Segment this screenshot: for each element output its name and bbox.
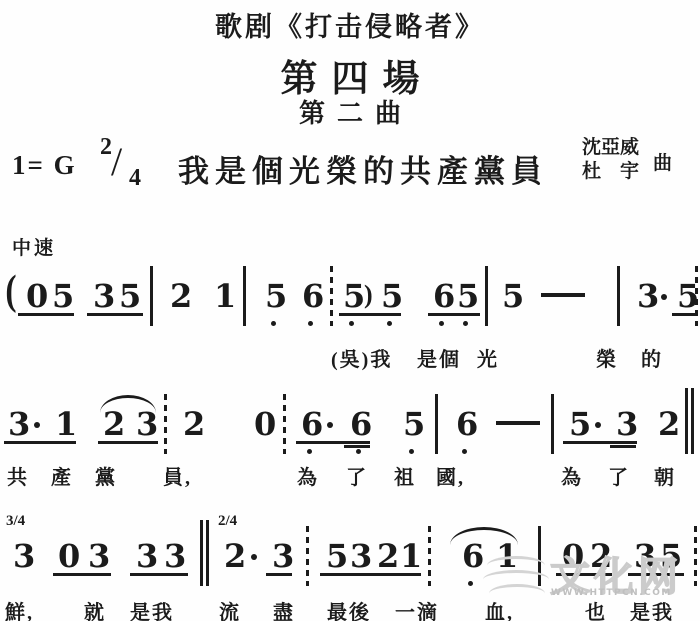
beam-line [672, 313, 696, 316]
lyric-syllable: 流 [219, 596, 241, 621]
note-digit: 5 [457, 280, 479, 312]
note-digit: 5 [343, 280, 365, 312]
note-digit: 2 [170, 280, 192, 312]
intro-paren: ( [5, 270, 16, 312]
note-digit: 5 [502, 280, 524, 312]
note-digit: 1 [400, 540, 422, 572]
score: (053521565)565535(吳)我是個光榮的3123206656532共… [0, 0, 700, 621]
lyric-syllable: 是個 [417, 343, 461, 372]
beam-line [87, 313, 143, 316]
dashed-barline [330, 266, 333, 326]
lyric-syllable: 為 [561, 461, 583, 490]
octave-dot [462, 449, 467, 454]
duration-dot [595, 422, 601, 428]
note-digit: 5 [265, 280, 287, 312]
barline [617, 266, 620, 326]
lyric-syllable: 了 [346, 461, 368, 490]
note-digit: 3 [93, 280, 115, 312]
note-digit: 5 [326, 540, 348, 572]
lyric-syllable: (吳)我 [331, 343, 392, 372]
beam-line [130, 573, 188, 576]
tie-arc [450, 527, 518, 545]
lyric-syllable: 為 [297, 461, 319, 490]
octave-dot [349, 321, 354, 326]
second-beam-line [610, 445, 636, 448]
lyric-syllable: 祖 [394, 461, 416, 490]
note-digit: 3 [164, 540, 186, 572]
beam-line [4, 441, 76, 444]
beam-line [296, 441, 370, 444]
barline [551, 394, 554, 454]
note-digit: 3 [272, 540, 294, 572]
note-digit: 6 [350, 408, 372, 440]
note-digit: 1 [55, 408, 77, 440]
note-digit: 3 [616, 408, 638, 440]
barline [150, 266, 153, 326]
note-digit: 5 [52, 280, 74, 312]
octave-dot [307, 449, 312, 454]
note-digit: 3 [13, 540, 35, 572]
lyric-syllable: 光 [477, 343, 499, 372]
watermark-url: WWW.HTTPCN.COM [551, 588, 672, 598]
note-digit: 2 [377, 540, 399, 572]
dashed-barline [428, 526, 431, 586]
time-signature-inline: 2/4 [218, 514, 237, 529]
watermark-wave-icon [489, 584, 545, 603]
dashed-barline [695, 266, 698, 326]
time-signature-inline: 3/4 [6, 514, 25, 529]
note-digit: 5 [403, 408, 425, 440]
octave-dot [356, 449, 361, 454]
note-digit: 3 [637, 280, 659, 312]
note-digit: 6 [301, 408, 323, 440]
note-digit: 2 [658, 408, 680, 440]
octave-dot [387, 321, 392, 326]
lyric-syllable: 朝 [654, 461, 676, 490]
half-note-dash [496, 421, 540, 425]
octave-dot [468, 581, 473, 586]
lyric-syllable: 的 [641, 343, 663, 372]
lyric-syllable: 黨 [95, 461, 117, 490]
dashed-barline [306, 526, 309, 586]
sheet-music-page: 歌剧《打击侵略者》 第四場 第二曲 1= G 2 / 4 我是個光榮的共產黨員 … [0, 0, 700, 621]
note-digit: 5 [119, 280, 141, 312]
double-barline [685, 388, 694, 454]
barline [485, 266, 488, 326]
note-digit: 6 [433, 280, 455, 312]
note-digit: 5 [569, 408, 591, 440]
octave-dot [271, 321, 276, 326]
dashed-barline [164, 394, 167, 454]
second-beam-line [344, 445, 370, 448]
note-digit: 6 [302, 280, 324, 312]
barline [243, 266, 246, 326]
octave-dot [463, 321, 468, 326]
octave-dot [308, 321, 313, 326]
half-note-dash [541, 293, 585, 297]
note-digit: 0 [58, 540, 80, 572]
lyric-syllable: 鮮, [5, 596, 34, 621]
beam-line [371, 573, 421, 576]
duration-dot [251, 554, 257, 560]
lyric-syllable: 榮 [596, 343, 618, 372]
beam-line [320, 573, 372, 576]
lyric-syllable: 最後 [327, 596, 371, 621]
lyric-syllable: 了 [608, 461, 630, 490]
lyric-syllable: 就 [84, 596, 106, 621]
beam-line [339, 313, 401, 316]
octave-dot [409, 449, 414, 454]
beam-line [563, 441, 637, 444]
note-digit: 5 [381, 280, 403, 312]
beam-line [98, 441, 158, 444]
lyric-syllable: 是我 [130, 596, 174, 621]
note-digit: 0 [26, 280, 48, 312]
note-digit: 3 [136, 540, 158, 572]
note-digit: 1 [214, 280, 236, 312]
beam-line [428, 313, 480, 316]
duration-dot [34, 422, 40, 428]
note-digit: 3 [350, 540, 372, 572]
barline [435, 394, 438, 454]
note-digit: 3 [88, 540, 110, 572]
double-barline [200, 520, 209, 586]
beam-line [266, 573, 292, 576]
beam-line [18, 313, 74, 316]
note-paren: ) [364, 282, 373, 308]
duration-dot [327, 422, 333, 428]
lyric-syllable: 產 [51, 461, 73, 490]
beam-line [53, 573, 111, 576]
note-digit: 6 [456, 408, 478, 440]
note-digit: 3 [8, 408, 30, 440]
note-digit: 0 [254, 408, 276, 440]
lyric-syllable: 員, [163, 461, 192, 490]
duration-dot [661, 294, 667, 300]
dashed-barline [283, 394, 286, 454]
lyric-syllable: 共 [7, 461, 29, 490]
note-digit: 2 [224, 540, 246, 572]
dashed-barline [694, 526, 697, 586]
lyric-syllable: 一滴 [395, 596, 439, 621]
note-digit: 2 [183, 408, 205, 440]
tie-arc [100, 395, 156, 413]
lyric-syllable: 盡 [273, 596, 295, 621]
octave-dot [439, 321, 444, 326]
lyric-syllable: 國, [436, 461, 465, 490]
